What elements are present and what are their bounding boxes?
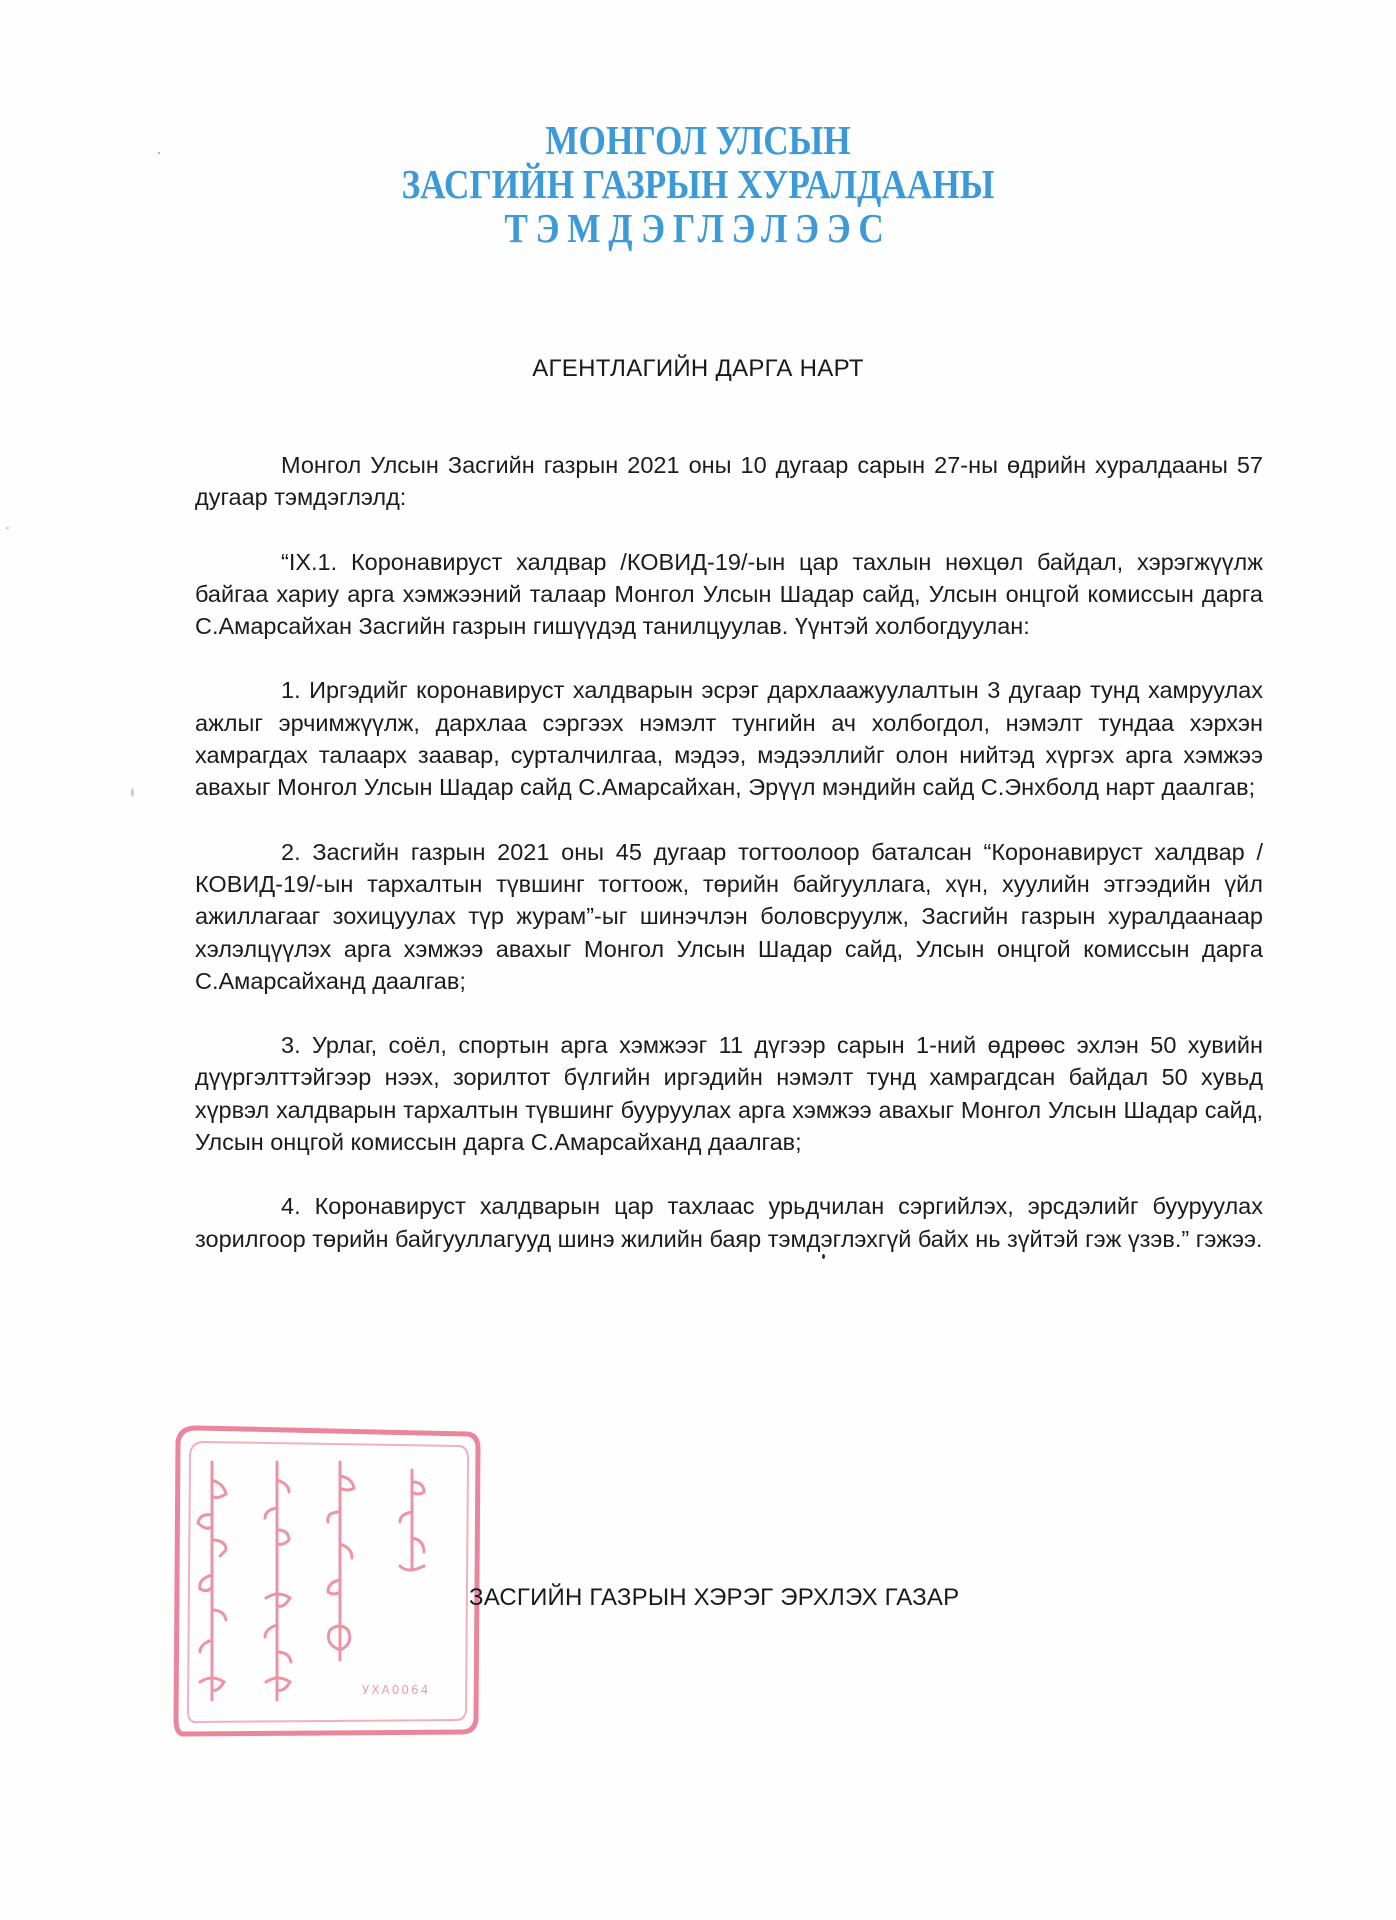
issuing-authority: ЗАСГИЙН ГАЗРЫН ХЭРЭГ ЭРХЛЭХ ГАЗАР [469,1583,959,1613]
document-page: МОНГОЛ УЛСЫН ЗАСГИЙН ГАЗРЫН ХУРАЛДААНЫ Т… [0,0,1396,1920]
letterhead-line-3: ТЭМДЭГЛЭЛЭЭС [98,206,1299,250]
intro-paragraph: Монгол Улсын Засгийн газрын 2021 оны 10 … [195,449,1263,514]
official-seal-icon: УХА0064 [172,1420,484,1738]
addressee-heading: АГЕНТЛАГИЙН ДАРГА НАРТ [0,354,1396,384]
directive-item-3: 3. Урлаг, соёл, спортын арга хэмжээг 11 … [195,1029,1263,1158]
seal-code: УХА0064 [362,1683,430,1697]
letterhead-line-2: ЗАСГИЙН ГАЗРЫН ХУРАЛДААНЫ [98,162,1299,206]
letterhead-title: МОНГОЛ УЛСЫН ЗАСГИЙН ГАЗРЫН ХУРАЛДААНЫ Т… [0,118,1396,250]
directive-item-1: 1. Иргэдийг коронавируст халдварын эсрэг… [195,674,1263,803]
directive-item-2: 2. Засгийн газрын 2021 оны 45 дугаар тог… [195,836,1263,997]
scan-speck [131,788,134,797]
letterhead-line-1: МОНГОЛ УЛСЫН [98,118,1299,162]
directive-item-4: 4. Коронавируст халдварын цар тахлаас ур… [195,1190,1263,1255]
document-body: Монгол Улсын Засгийн газрын 2021 оны 10 … [195,449,1263,1255]
scan-speck [6,527,9,529]
resolution-paragraph: “IX.1. Коронавируст халдвар /КОВИД-19/-ы… [195,546,1263,643]
